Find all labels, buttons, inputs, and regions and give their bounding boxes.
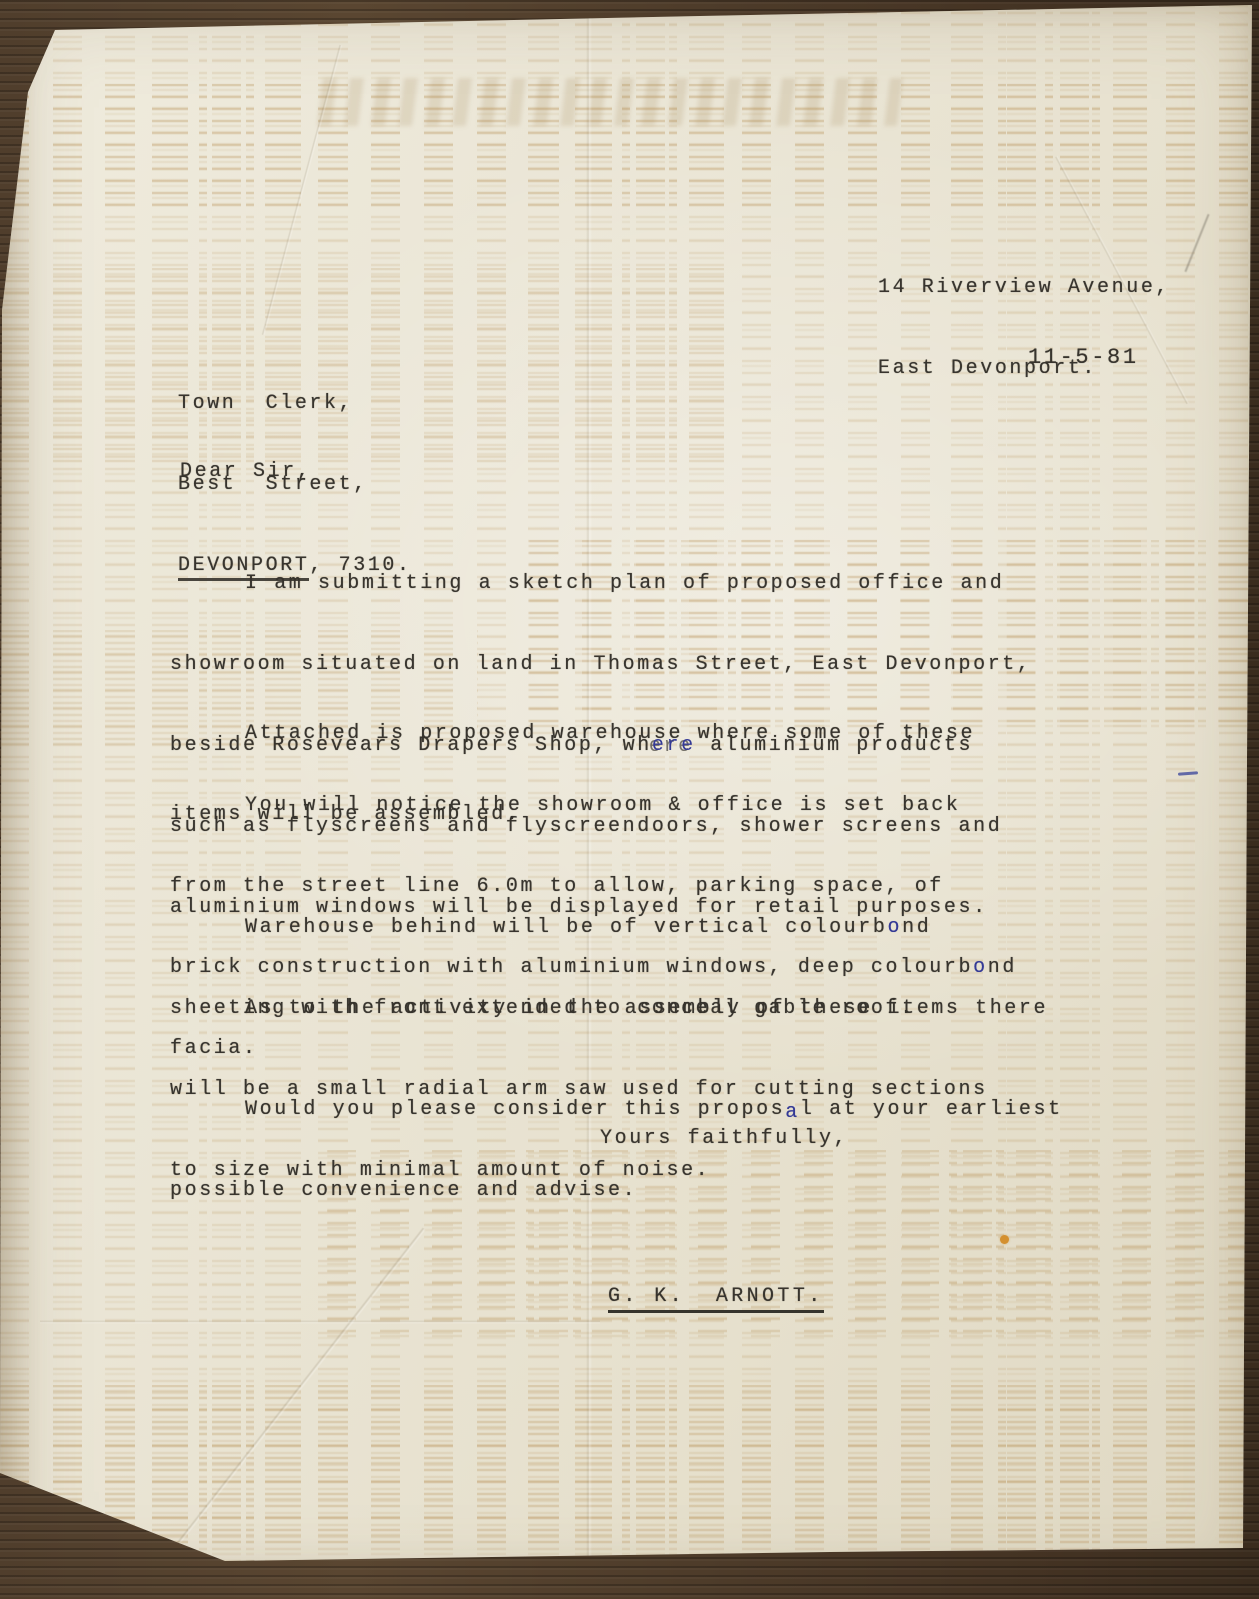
recipient-line: Town Clerk,	[178, 390, 412, 417]
body-line: As to the activity in the assembly of th…	[170, 995, 1150, 1022]
salutation: Dear Sir,	[180, 458, 311, 485]
body-text: Would you please consider this propos	[245, 1098, 785, 1121]
letter-date: 11-5-81	[1028, 344, 1139, 371]
body-text: Warehouse behind will be of vertical col…	[245, 916, 888, 939]
blue-pen-correction: o	[888, 916, 903, 939]
body-line: You will notice the showroom & office is…	[170, 792, 1150, 819]
closing-valediction: Yours faithfully,	[600, 1125, 848, 1152]
blue-pen-correction: a	[785, 1101, 800, 1124]
body-line: I am submitting a sketch plan of propose…	[170, 570, 1150, 597]
body-text: l at your earliest	[800, 1098, 1063, 1121]
sender-address: 14 Riverview Avenue, East Devonport.	[878, 220, 1170, 436]
body-line: Warehouse behind will be of vertical col…	[170, 914, 1150, 941]
signature-name-underlined: G. K. ARNOTT.	[608, 1285, 824, 1313]
letter-page: 14 Riverview Avenue, East Devonport. 11-…	[0, 0, 1259, 1599]
body-text: nd	[902, 916, 931, 939]
desk-background: 14 Riverview Avenue, East Devonport. 11-…	[0, 0, 1259, 1599]
body-line: possible convenience and advise.	[170, 1177, 1150, 1204]
letter-content: 14 Riverview Avenue, East Devonport. 11-…	[0, 0, 1259, 1599]
sender-address-line: 14 Riverview Avenue,	[878, 274, 1170, 301]
signature: G. K. ARNOTT.	[608, 1283, 824, 1310]
body-line: Would you please consider this proposal …	[170, 1096, 1150, 1123]
